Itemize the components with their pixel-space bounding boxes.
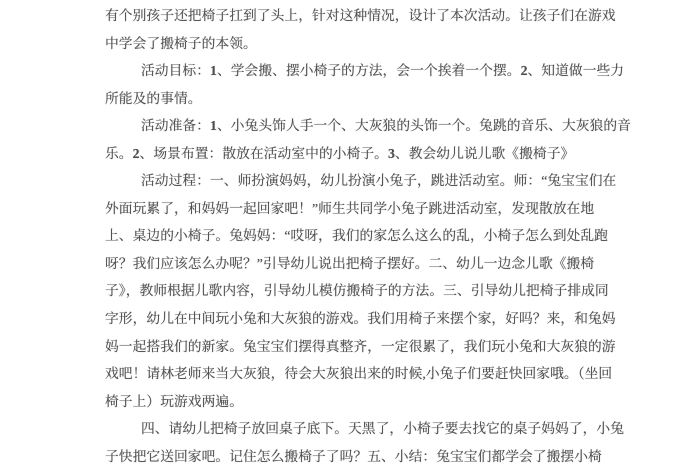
text-segment: 上、桌边的小椅子。兔妈妈：“哎呀，我们的家怎么这么的乱，小椅子怎么到处乱跑 [105, 228, 608, 243]
text-segment: 外面玩累了，和妈妈一起回家吧！”师生共同学小兔子跳进活动室，发现散放在地 [105, 201, 594, 216]
text-line: 上、桌边的小椅子。兔妈妈：“哎呀，我们的家怎么这么的乱，小椅子怎么到处乱跑 [105, 222, 700, 250]
text-segment: 所能及的事情。 [105, 91, 202, 106]
text-line: 中学会了搬椅子的本领。 [105, 30, 700, 58]
text-segment: 呀？我们应该怎么办呢？”引导幼儿说出把椅子摆好。二、幼儿一边念儿歌《搬椅 [105, 256, 594, 271]
text-line: 有个别孩子还把椅子扛到了头上，针对这种情况，设计了本次活动。让孩子们在游戏 [105, 2, 700, 30]
text-segment: 、知道做一些力 [528, 63, 625, 78]
text-line: 字形，幼儿在中间玩小兔和大灰狼的游戏。我们用椅子来摆个家，好吗？来，和兔妈 [105, 305, 700, 333]
text-segment: 乐。 [105, 146, 133, 161]
document-page: 有个别孩子还把椅子扛到了头上，针对这种情况，设计了本次活动。让孩子们在游戏中学会… [0, 0, 700, 470]
text-line: 四、请幼儿把椅子放回桌子底下。天黑了，小椅子要去找它的桌子妈妈了，小兔 [105, 415, 700, 443]
text-segment: 椅子上）玩游戏两遍。 [105, 394, 243, 409]
text-line: 活动目标：1、学会搬、摆小椅子的方法，会一个挨着一个摆。2、知道做一些力 [105, 57, 700, 85]
text-line: 呀？我们应该怎么办呢？”引导幼儿说出把椅子摆好。二、幼儿一边念儿歌《搬椅 [105, 250, 700, 278]
text-segment: 2 [133, 146, 140, 161]
text-segment: 子》，教师根据儿歌内容，引导幼儿模仿搬椅子的方法。三、引导幼儿把椅子排成同 [105, 283, 609, 298]
text-line: 活动准备：1、小兔头饰人手一个、大灰狼的头饰一个。兔跳的音乐、大灰狼的音 [105, 112, 700, 140]
text-segment: 子快把它送回家吧。记住怎么搬椅子了吗？五、小结：兔宝宝们都学会了搬摆小椅 [105, 449, 602, 464]
text-line: 戏吧！请林老师来当大灰狼，待会大灰狼出来的时候,小兔子们要赶快回家哦。（坐回 [105, 360, 700, 388]
text-segment: 字形，幼儿在中间玩小兔和大灰狼的游戏。我们用椅子来摆个家，好吗？来，和兔妈 [105, 311, 616, 326]
text-segment: 妈一起搭我们的新家。兔宝宝们摆得真整齐，一定很累了，我们玩小兔和大灰狼的游 [105, 339, 616, 354]
text-line: 外面玩累了，和妈妈一起回家吧！”师生共同学小兔子跳进活动室，发现散放在地 [105, 195, 700, 223]
text-segment: 、小兔头饰人手一个、大灰狼的头饰一个。兔跳的音乐、大灰狼的音 [217, 118, 631, 133]
text-segment: 有个别孩子还把椅子扛到了头上，针对这种情况，设计了本次活动。让孩子们在游戏 [105, 8, 616, 23]
text-line: 所能及的事情。 [105, 85, 700, 113]
text-line: 子快把它送回家吧。记住怎么搬椅子了吗？五、小结：兔宝宝们都学会了搬摆小椅 [105, 443, 700, 470]
text-segment: 1 [210, 63, 217, 78]
text-segment: 3 [388, 146, 395, 161]
text-line: 椅子上）玩游戏两遍。 [105, 388, 700, 416]
text-segment: 、场景布置：散放在活动室中的小椅子。 [140, 146, 388, 161]
text-segment: 戏吧！请林老师来当大灰狼，待会大灰狼出来的时候,小兔子们要赶快回家哦。（坐回 [105, 366, 612, 381]
text-segment: 1 [210, 118, 217, 133]
text-segment: 中学会了搬椅子的本领。 [105, 36, 257, 51]
text-segment: 活动目标： [141, 63, 210, 78]
text-segment: 2 [521, 63, 528, 78]
text-segment: 、学会搬、摆小椅子的方法，会一个挨着一个摆。 [217, 63, 521, 78]
text-line: 活动过程：一、师扮演妈妈，幼儿扮演小兔子，跳进活动室。师：“兔宝宝们在 [105, 167, 700, 195]
text-segment: 活动准备： [141, 118, 210, 133]
text-line: 子》，教师根据儿歌内容，引导幼儿模仿搬椅子的方法。三、引导幼儿把椅子排成同 [105, 277, 700, 305]
text-segment: 四、请幼儿把椅子放回桌子底下。天黑了，小椅子要去找它的桌子妈妈了，小兔 [141, 421, 624, 436]
text-segment: 活动过程：一、师扮演妈妈，幼儿扮演小兔子，跳进活动室。师：“兔宝宝们在 [141, 173, 616, 188]
text-line: 乐。2、场景布置：散放在活动室中的小椅子。3、教会幼儿说儿歌《搬椅子》 [105, 140, 700, 168]
text-block: 有个别孩子还把椅子扛到了头上，针对这种情况，设计了本次活动。让孩子们在游戏中学会… [0, 0, 700, 470]
text-line: 妈一起搭我们的新家。兔宝宝们摆得真整齐，一定很累了，我们玩小兔和大灰狼的游 [105, 333, 700, 361]
text-segment: 、教会幼儿说儿歌《搬椅子》 [395, 146, 574, 161]
